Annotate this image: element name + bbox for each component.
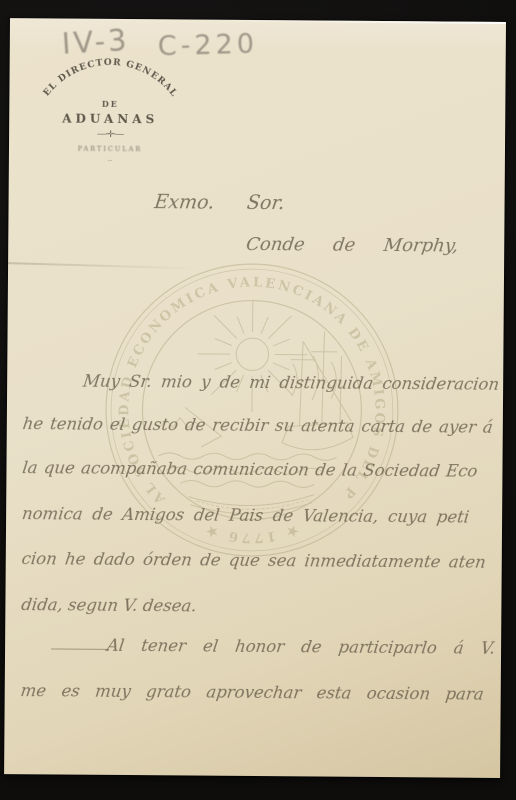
handwritten-line-8: me es muy grato aprovechar esta ocasion …	[19, 681, 484, 704]
handwritten-line-6: dida, segun V. desea.	[20, 595, 218, 616]
letterhead-small-mark: ··	[35, 156, 185, 165]
letterhead-divider-ornament: —·✛·—	[35, 129, 185, 140]
scanned-letter-screenshot: { "archival_marks": { "left": "IV-3", "r…	[0, 0, 516, 800]
letterhead-arc-title: EL DIRECTOR GENERAL	[42, 57, 180, 99]
letterhead-subtitle: PARTICULAR	[35, 144, 185, 153]
sun-icon	[197, 299, 307, 412]
letterhead-stamp: EL DIRECTOR GENERAL DE ADUANAS —·✛·— PAR…	[35, 54, 186, 165]
handwritten-line-2: he tenido el gusto de recibir su atenta …	[22, 414, 494, 437]
handwritten-line-4: nomica de Amigos del Pais de Valencia, c…	[21, 504, 470, 526]
paper-edge-highlight	[208, 20, 506, 24]
svg-text:EL DIRECTOR GENERAL: EL DIRECTOR GENERAL	[42, 57, 180, 99]
handwritten-line-7: Al tener el honor de participarlo á V.	[106, 636, 496, 658]
letterhead-de: DE	[35, 98, 185, 109]
handwritten-line-1: Muy Sr. mio y de mi distinguida consider…	[82, 372, 500, 394]
salutation-line: Exmo. Sor.	[153, 191, 286, 214]
letterhead-aduanas: ADUANAS	[35, 111, 185, 126]
handwritten-line-3: la que acompañaba comunicacion de la Soc…	[21, 458, 478, 481]
paragraph-lead-dash	[51, 648, 109, 649]
letter-page: IV-3 C-220 EL DIRECTOR GENERAL DE ADUANA…	[4, 18, 506, 778]
handwritten-line-5: cion he dado órden de que sea inmediatam…	[21, 549, 487, 572]
letterhead-arc: EL DIRECTOR GENERAL	[35, 54, 185, 99]
addressee-line: Conde de Morphy,	[245, 234, 460, 257]
